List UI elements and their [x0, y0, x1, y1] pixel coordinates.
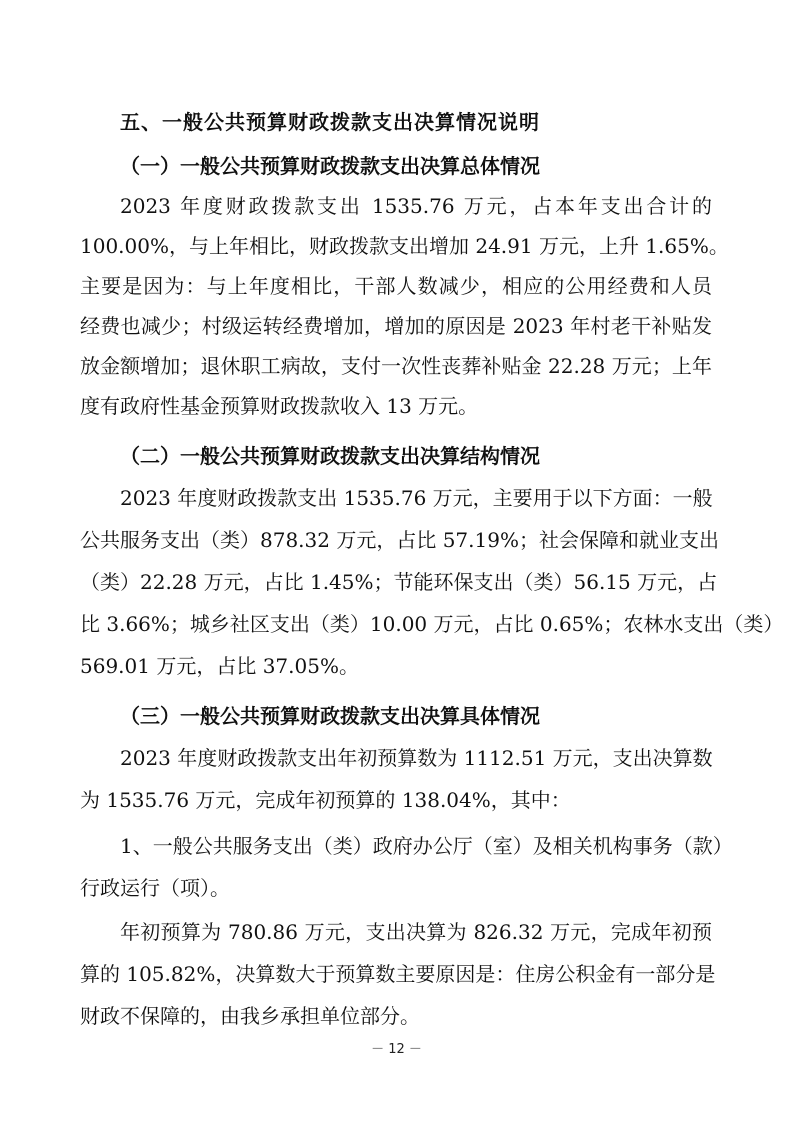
document-page: 五、一般公共预算财政拨款支出决算情况说明 （一）一般公共预算财政拨款支出决算总体… — [0, 0, 793, 1122]
subsection-heading-1: （一）一般公共预算财政拨款支出决算总体情况 — [120, 146, 540, 186]
paragraph-line: 行政运行（项）。 — [80, 868, 712, 908]
paragraph-line: （类）22.28 万元，占比 1.45%；节能环保支出（类）56.15 万元，占 — [80, 562, 712, 602]
page-number: － 12 － — [0, 1038, 793, 1057]
paragraph-line: 公共服务支出（类）878.32 万元，占比 57.19%；社会保障和就业支出 — [80, 520, 712, 560]
paragraph-line: 1、一般公共服务支出（类）政府办公厅（室）及相关机构事务（款） — [120, 826, 712, 866]
paragraph-line: 2023 年度财政拨款支出年初预算数为 1112.51 万元，支出决算数 — [120, 738, 712, 778]
paragraph-line: 2023 年度财政拨款支出 1535.76 万元，占本年支出合计的 — [120, 186, 712, 226]
paragraph-line: 放金额增加；退休职工病故，支付一次性丧葬补贴金 22.28 万元；上年 — [80, 346, 712, 386]
subsection-heading-2: （二）一般公共预算财政拨款支出决算结构情况 — [120, 436, 540, 476]
paragraph-line: 经费也减少；村级运转经费增加，增加的原因是 2023 年村老干补贴发 — [80, 306, 712, 346]
paragraph-line: 财政不保障的，由我乡承担单位部分。 — [80, 996, 712, 1036]
paragraph-line: 年初预算为 780.86 万元，支出决算为 826.32 万元，完成年初预 — [120, 912, 712, 952]
paragraph-line: 度有政府性基金预算财政拨款收入 13 万元。 — [80, 386, 712, 426]
paragraph-line: 2023 年度财政拨款支出 1535.76 万元，主要用于以下方面：一般 — [120, 478, 712, 518]
paragraph-line: 为 1535.76 万元，完成年初预算的 138.04%，其中： — [80, 780, 712, 820]
paragraph-line: 比 3.66%；城乡社区支出（类）10.00 万元，占比 0.65%；农林水支出… — [80, 604, 712, 644]
paragraph-line: 算的 105.82%，决算数大于预算数主要原因是：住房公积金有一部分是 — [80, 954, 712, 994]
paragraph-line: 主要是因为：与上年度相比，干部人数减少，相应的公用经费和人员 — [80, 266, 712, 306]
section-title: 五、一般公共预算财政拨款支出决算情况说明 — [120, 102, 540, 142]
paragraph-line: 100.00%，与上年相比，财政拨款支出增加 24.91 万元，上升 1.65%… — [80, 226, 712, 266]
subsection-heading-3: （三）一般公共预算财政拨款支出决算具体情况 — [120, 696, 540, 736]
paragraph-line: 569.01 万元，占比 37.05%。 — [80, 646, 712, 686]
